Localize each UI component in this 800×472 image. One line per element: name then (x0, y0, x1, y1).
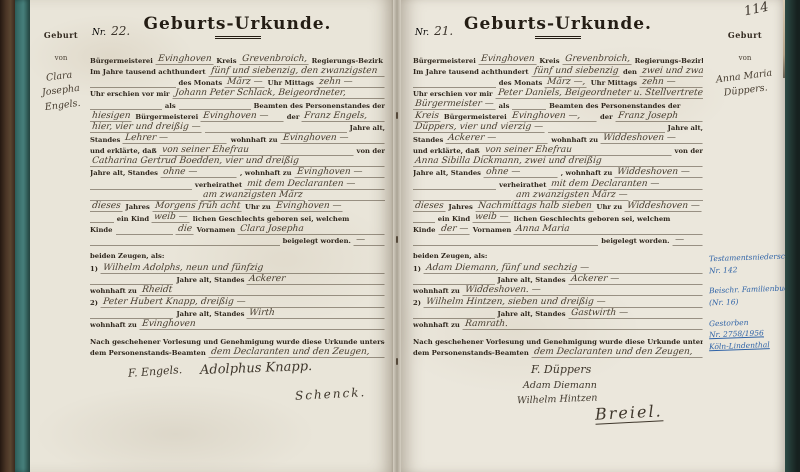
left-margin: Geburt von Clara Josepha Engels. (34, 0, 88, 472)
handwritten-text: Bürgermeister — (413, 100, 496, 110)
handwritten-text: zehn — (316, 78, 385, 88)
signature: Breiel. (595, 401, 664, 425)
printed-text: des Monats (179, 80, 223, 88)
printed-text: Uhr Mittags (268, 80, 314, 88)
printed-text: Beamten des Personenstandes der (254, 103, 385, 111)
form-line: Uhr erschien vor mirPeter Daniels, Beige… (413, 88, 703, 99)
printed-text: lichen Geschlechts geboren sei, welchem (514, 216, 671, 224)
printed-text: wohnhaft zu (413, 288, 460, 296)
handwritten-text: Gastwirth — (568, 309, 703, 319)
printed-text: Bürgermeisterei (135, 114, 198, 122)
stitch-mark (396, 112, 398, 119)
blank-rule (413, 236, 598, 246)
handwritten-text: Evinghoven —, (509, 112, 597, 122)
handwritten-text: Evinghoven — (273, 202, 343, 212)
printed-text: Uhr erschien vor mir (413, 91, 493, 99)
handwritten-text: Wirth (247, 309, 385, 319)
handwritten-text: März —, (545, 78, 588, 88)
form-line: und erklärte, daßvon seiner Ehefrauvon d… (413, 144, 703, 155)
handwritten-text: fünf und siebenzig, den zwanzigsten (208, 67, 385, 77)
printed-text: Uhr erschien vor mir (90, 91, 170, 99)
form-line: Im Jahre tausend achthundertfünf und sie… (90, 65, 385, 76)
printed-text: Jahre alt, Standes (498, 311, 566, 319)
handwritten-text: Johann Peter Schlack, Beigeordneter, (172, 89, 385, 99)
form-line: 2)Peter Hubert Knapp, dreißig — (90, 296, 385, 307)
printed-text: und erklärte, daß (90, 148, 157, 156)
printed-text: wohnhaft zu (90, 288, 137, 296)
printed-text: beigelegt worden. (601, 238, 669, 246)
handwritten-text: Morgens früh acht (152, 202, 242, 212)
handwritten-text: Adam Diemann, fünf und sechzig — (423, 264, 703, 274)
form-line: beigelegt worden.— (413, 235, 703, 246)
printed-text: wohnhaft zu (231, 137, 278, 145)
printed-text: Uhr zu (597, 204, 623, 212)
right-page-head: Nr. 21. Geburts-Urkunde. (413, 14, 703, 50)
form-line: BürgermeistereiEvinghovenKreisGrevenbroi… (413, 54, 703, 65)
printed-text: Jahres (126, 204, 150, 212)
handwritten-text: am zwanzigsten März (201, 191, 306, 201)
handwritten-text: Evinghoven — (201, 112, 285, 122)
form-line: 1)Adam Diemann, fünf und sechzig — (413, 262, 703, 273)
blank-rule (633, 191, 703, 201)
form-lines: BürgermeistereiEvinghovenKreisGrevenbroi… (90, 54, 385, 358)
form-line: wohnhaft zuRheidt (90, 285, 385, 296)
printed-text: Kreis (539, 58, 559, 66)
blue-annotation: (Nr. 16) (709, 295, 781, 309)
right-form: Nr. 21. Geburts-Urkunde. Bürgermeisterei… (413, 0, 703, 472)
printed-text: Kinde (413, 227, 436, 235)
form-line: wohnhaft zuEvinghoven (90, 319, 385, 330)
printed-text: Uhr zu (245, 204, 271, 212)
form-line: diesesJahresMorgens früh achtUhr zuEving… (90, 201, 385, 212)
printed-text: als (499, 103, 510, 111)
blank-rule (116, 225, 173, 235)
form-line: am zwanzigsten März (90, 190, 385, 201)
form-line: Düppers, vier und vierzig —Jahre alt, (413, 122, 703, 133)
printed-text: Jahre alt, (350, 125, 385, 133)
handwritten-text: Widdeshoven — (625, 202, 703, 212)
form-line: Im Jahre tausend achthundertfünf und sie… (413, 65, 703, 76)
handwritten-text: zwei und zwanzigsten (639, 67, 703, 77)
book-cover-edge-right (785, 0, 800, 472)
handwritten-text: Evinghoven (139, 320, 385, 330)
printed-text: Jahre alt, Standes (176, 277, 244, 285)
printed-text: Kinde (90, 227, 113, 235)
printed-text: Jahre alt, Standes (413, 170, 481, 178)
form-line: 1)Wilhelm Adolphs, neun und fünfzig (90, 262, 385, 273)
form-line: alsBeamten des Personenstandes der (90, 99, 385, 110)
form-line: dem Personenstands-Beamtendem Declarante… (90, 346, 385, 357)
form-line: Kindeder —VornamenAnna Maria (413, 223, 703, 234)
form-line: KindedieVornamenClara Josepha (90, 223, 385, 234)
form-line: Bürgermeister —alsBeamten des Personenst… (413, 99, 703, 110)
signature: Adam Diemann (523, 380, 597, 391)
handwritten-text: der — (438, 225, 470, 235)
margin-child-name: Clara Josepha Engels. (32, 67, 91, 116)
form-line: verheirathetmit dem Declaranten — (90, 178, 385, 189)
signature: F. Engels. (128, 363, 183, 380)
printed-text: verheirathet (195, 182, 242, 190)
left-page-head: Nr. 22. Geburts-Urkunde. (90, 14, 385, 50)
blank-rule (512, 100, 546, 110)
form-line: diesesJahresNachmittags halb siebenUhr z… (413, 201, 703, 212)
printed-text: Vornamen (197, 227, 236, 235)
form-line: Diese vor mir aufgenommene Erklärung ist… (413, 251, 703, 262)
form-line: und erklärte, daßvon seiner Ehefrauvon d… (90, 144, 385, 155)
handwritten-text: Wilhelm Hintzen, sieben und dreißig — (423, 298, 703, 308)
handwritten-text: fünf und siebenzig (531, 67, 620, 77)
printed-text: Jahre alt, Standes (176, 311, 244, 319)
handwritten-text: ohne — (483, 168, 558, 178)
printed-text: 1) (413, 266, 421, 274)
handwritten-text: mit dem Declaranten — (549, 180, 703, 190)
printed-text: Uhr Mittags (591, 80, 637, 88)
form-line: 2)Wilhelm Hintzen, sieben und dreißig — (413, 296, 703, 307)
printed-text: von der (357, 148, 385, 156)
printed-text: Kreis (216, 58, 236, 66)
book-spine (0, 0, 15, 472)
handwritten-text: Anna Sibilla Dickmann, zwei und dreißig (413, 157, 703, 167)
left-form: Nr. 22. Geburts-Urkunde. Bürgermeisterei… (90, 0, 385, 472)
right-margin: 114 Geburt von Anna Maria Düppers. Testa… (709, 0, 781, 472)
printed-text: lichen Geschlechts geboren sei, welchem (193, 216, 350, 224)
blank-rule (413, 213, 435, 223)
handwritten-text: dieses (90, 202, 123, 212)
form-line: ein Kindweib —lichen Geschlechts geboren… (90, 212, 385, 223)
blank-rule (90, 236, 280, 246)
form-line: des MonatsMärz —Uhr Mittagszehn — (90, 77, 385, 88)
blank-rule (90, 309, 173, 319)
page-number-note: 114 (743, 0, 770, 19)
margin-child-name: Anna Maria Düppers. (708, 66, 783, 103)
page-title: Geburts-Urkunde. (90, 14, 385, 34)
printed-text: Beamten des Personenstandes der (549, 103, 680, 111)
handwritten-text: weib — (152, 213, 191, 223)
handwritten-text: Ramrath. (462, 320, 703, 330)
handwritten-text: Anna Maria (514, 225, 703, 235)
title-divider (215, 36, 261, 39)
handwritten-text: am zwanzigsten März — (514, 191, 631, 201)
form-line: BürgermeistereiEvinghovenKreisGrevenbroi… (90, 54, 385, 65)
handwritten-text: Evinghoven — (294, 168, 385, 178)
printed-text: , wohnhaft zu (240, 170, 292, 178)
record-number-label: Nr. (415, 28, 429, 38)
blank-rule (413, 180, 496, 190)
form-line: dem Personenstands-Beamtendem Declarante… (413, 346, 703, 357)
stitch-mark (396, 236, 398, 243)
handwritten-text: Evinghoven — (280, 134, 385, 144)
printed-text: dem Personenstands-Beamten (90, 350, 206, 358)
handwritten-text: — (353, 236, 385, 246)
record-number-label: Nr. (92, 28, 106, 38)
form-line: Jahre alt, StandesAckerer (90, 274, 385, 285)
handwritten-text: Widdeshoven. — (462, 286, 703, 296)
printed-text: wohnhaft zu (90, 322, 137, 330)
printed-text: dem Personenstands-Beamten (413, 350, 529, 358)
form-line: Anna Sibilla Dickmann, zwei und dreißig (413, 156, 703, 167)
handwritten-text: März — (225, 78, 266, 88)
printed-text: den (623, 69, 637, 77)
handwritten-text: Grevenbroich, (239, 55, 309, 65)
blank-rule (90, 78, 176, 88)
printed-text: Bürgermeisterei (444, 114, 507, 122)
handwritten-text: Grevenbroich, (562, 55, 632, 65)
record-number-value: 21. (434, 24, 453, 38)
handwritten-text: Ackerer (247, 275, 385, 285)
blank-rule (413, 191, 511, 201)
form-line: Jahre alt, StandesWirth (90, 308, 385, 319)
handwritten-text: Widdeshoven — (615, 168, 703, 178)
form-line: hier, vier und dreißig —Jahre alt, (90, 122, 385, 133)
printed-text: des Monats (499, 80, 543, 88)
handwritten-text: dem Declaranten und den Zeugen, (531, 348, 703, 358)
printed-text: beigelegt worden. (283, 238, 351, 246)
handwritten-text: — (672, 236, 703, 246)
handwritten-text: Rheidt (139, 286, 385, 296)
form-line: KreisBürgermeistereiEvinghoven —,derFran… (413, 110, 703, 121)
form-line: StandesLehrer —wohnhaft zuEvinghoven — (90, 133, 385, 144)
handwritten-text: weib — (473, 213, 512, 223)
handwritten-text: hiesigen (90, 112, 133, 122)
form-line: Jahre alt, StandesGastwirth — (413, 308, 703, 319)
form-line: des MonatsMärz —,Uhr Mittagszehn — (413, 77, 703, 88)
handwritten-text: Evinghoven (478, 55, 537, 65)
blank-rule (90, 213, 114, 223)
handwritten-text: Lehrer — (123, 134, 228, 144)
signature: F. Düppers (531, 363, 591, 376)
printed-text: der (600, 114, 613, 122)
signature: Wilhelm Hintzen (517, 392, 598, 406)
handwritten-text: Evinghoven (155, 55, 214, 65)
book-cover-edge-left (15, 0, 30, 472)
blank-rule (413, 275, 495, 285)
signature: Schenck. (295, 385, 367, 403)
handwritten-text: von seiner Ehefrau (482, 146, 672, 156)
printed-text: wohnhaft zu (413, 322, 460, 330)
printed-text: Standes (90, 137, 120, 145)
page-title: Geburts-Urkunde. (413, 14, 703, 34)
handwritten-text: von seiner Ehefrau (159, 146, 354, 156)
printed-text: der (287, 114, 300, 122)
handwritten-text: Franz Engels, (302, 112, 385, 122)
printed-text: Nach geschehener Vorlesung und Genehmigu… (413, 339, 703, 347)
form-line: verheirathetmit dem Declaranten — (413, 178, 703, 189)
blank-rule (90, 180, 192, 190)
form-line: wohnhaft zuRamrath. (413, 319, 703, 330)
handwritten-text: ohne — (160, 168, 237, 178)
margin-label-geburt: Geburt (709, 30, 781, 40)
record-number: Nr. 22. (92, 20, 130, 39)
form-line: Catharina Gertrud Boedden, vier und drei… (90, 156, 385, 167)
blue-annotation: Nr. 142 (709, 262, 781, 276)
printed-text: wohnhaft zu (551, 137, 598, 145)
blank-rule (90, 100, 162, 110)
blank-rule (413, 78, 496, 88)
margin-label-von: von (34, 54, 88, 62)
printed-text: als (165, 103, 176, 111)
form-line: beigelegt worden.— (90, 235, 385, 246)
form-line: Uhr erschien vor mirJohann Peter Schlack… (90, 88, 385, 99)
form-lines: BürgermeistereiEvinghovenKreisGrevenbroi… (413, 54, 703, 358)
title-divider (535, 36, 581, 39)
blank-rule (548, 123, 665, 133)
handwritten-text: Nachmittags halb sieben (475, 202, 594, 212)
printed-text: Vornamen (473, 227, 512, 235)
handwritten-text: Düppers, vier und vierzig — (413, 123, 546, 133)
handwritten-text: Ackerer — (568, 275, 703, 285)
printed-text: von der (675, 148, 703, 156)
blank-rule (179, 100, 251, 110)
form-line: StandesAckerer —wohnhaft zuWiddeshoven — (413, 133, 703, 144)
printed-text: und erklärte, daß (413, 148, 480, 156)
printed-text: Regierungs-Bezirk (312, 58, 383, 66)
record-number-value: 22. (111, 24, 130, 38)
form-line: Jahre alt, Standesohne —, wohnhaft zuWid… (413, 167, 703, 178)
printed-text: Jahre alt, (668, 125, 703, 133)
handwritten-text: Widdeshoven — (601, 134, 703, 144)
printed-text: Regierungs-Bezirk (635, 58, 703, 66)
blank-rule (90, 191, 198, 201)
printed-text: Nach geschehener Vorlesung und Genehmigu… (90, 339, 385, 347)
form-line: wohnhaft zuWiddeshoven. — (413, 285, 703, 296)
stitch-mark (396, 358, 398, 365)
margin-label-von: von (709, 54, 781, 62)
printed-text: verheirathet (499, 182, 546, 190)
printed-text: Bürgermeisterei (90, 58, 153, 66)
printed-text: Diese vor mir aufgenommene Erklärung ist… (90, 251, 385, 262)
handwritten-text: Kreis (413, 112, 441, 122)
printed-text: Diese vor mir aufgenommene Erklärung ist… (413, 251, 703, 262)
blue-annotation: Köln-Lindenthal (709, 338, 781, 352)
printed-text: Standes (413, 137, 443, 145)
blank-rule (90, 275, 173, 285)
form-line: Diese vor mir aufgenommene Erklärung ist… (90, 251, 385, 262)
handwritten-text: hier, vier und dreißig — (90, 123, 203, 133)
handwritten-text: Clara Josepha (238, 225, 385, 235)
blank-rule (413, 309, 495, 319)
form-line: Nach geschehener Vorlesung und Genehmigu… (90, 335, 385, 346)
handwritten-text: Wilhelm Adolphs, neun und fünfzig (100, 264, 385, 274)
printed-text: 2) (90, 300, 98, 308)
form-line: Jahre alt, StandesAckerer — (413, 274, 703, 285)
form-line: Nach geschehener Vorlesung und Genehmigu… (413, 335, 703, 346)
printed-text: Bürgermeisterei (413, 58, 476, 66)
handwritten-text: zehn — (639, 78, 703, 88)
handwritten-text: Peter Daniels, Beigeordneter u. Stellver… (495, 89, 703, 99)
form-line: Jahre alt, Standesohne —, wohnhaft zuEvi… (90, 167, 385, 178)
signature-block: F. DüppersAdam DiemannWilhelm HintzenBre… (413, 361, 703, 431)
printed-text: Im Jahre tausend achthundert (413, 69, 529, 77)
printed-text: Jahre alt, Standes (498, 277, 566, 285)
handwritten-text: die (175, 225, 194, 235)
blank-rule (308, 191, 385, 201)
handwritten-text: dem Declaranten und den Zeugen, (208, 348, 385, 358)
printed-text: , wohnhaft zu (561, 170, 613, 178)
signature-block: F. Engels.Adolphus Knapp.Schenck. (90, 361, 385, 431)
handwritten-text: Peter Hubert Knapp, dreißig — (100, 298, 385, 308)
handwritten-text: dieses (413, 202, 446, 212)
book-photo: Geburt von Clara Josepha Engels. Nr. 22.… (0, 0, 800, 472)
printed-text: Im Jahre tausend achthundert (90, 69, 206, 77)
handwritten-text: Ackerer — (446, 134, 549, 144)
archival-blue-annotations: TestamentsniederschriftNr. 142Beischr. F… (709, 252, 781, 351)
printed-text: ein Kind (438, 216, 470, 224)
margin-label-geburt: Geburt (34, 30, 88, 40)
left-page: Geburt von Clara Josepha Engels. Nr. 22.… (30, 0, 393, 472)
form-line: ein Kindweib —lichen Geschlechts geboren… (413, 212, 703, 223)
printed-text: Jahres (449, 204, 473, 212)
signature: Adolphus Knapp. (200, 359, 313, 378)
blank-rule (205, 123, 346, 133)
handwritten-text: mit dem Declaranten — (245, 180, 385, 190)
form-line: hiesigenBürgermeistereiEvinghoven —derFr… (90, 110, 385, 121)
printed-text: 1) (90, 266, 98, 274)
form-line: am zwanzigsten März — (413, 190, 703, 201)
printed-text: Jahre alt, Standes (90, 170, 158, 178)
handwritten-text: Catharina Gertrud Boedden, vier und drei… (90, 157, 385, 167)
record-number: Nr. 21. (415, 20, 453, 39)
handwritten-text: Franz Joseph (615, 112, 703, 122)
printed-text: ein Kind (117, 216, 149, 224)
right-page: Nr. 21. Geburts-Urkunde. Bürgermeisterei… (401, 0, 785, 472)
printed-text: 2) (413, 300, 421, 308)
